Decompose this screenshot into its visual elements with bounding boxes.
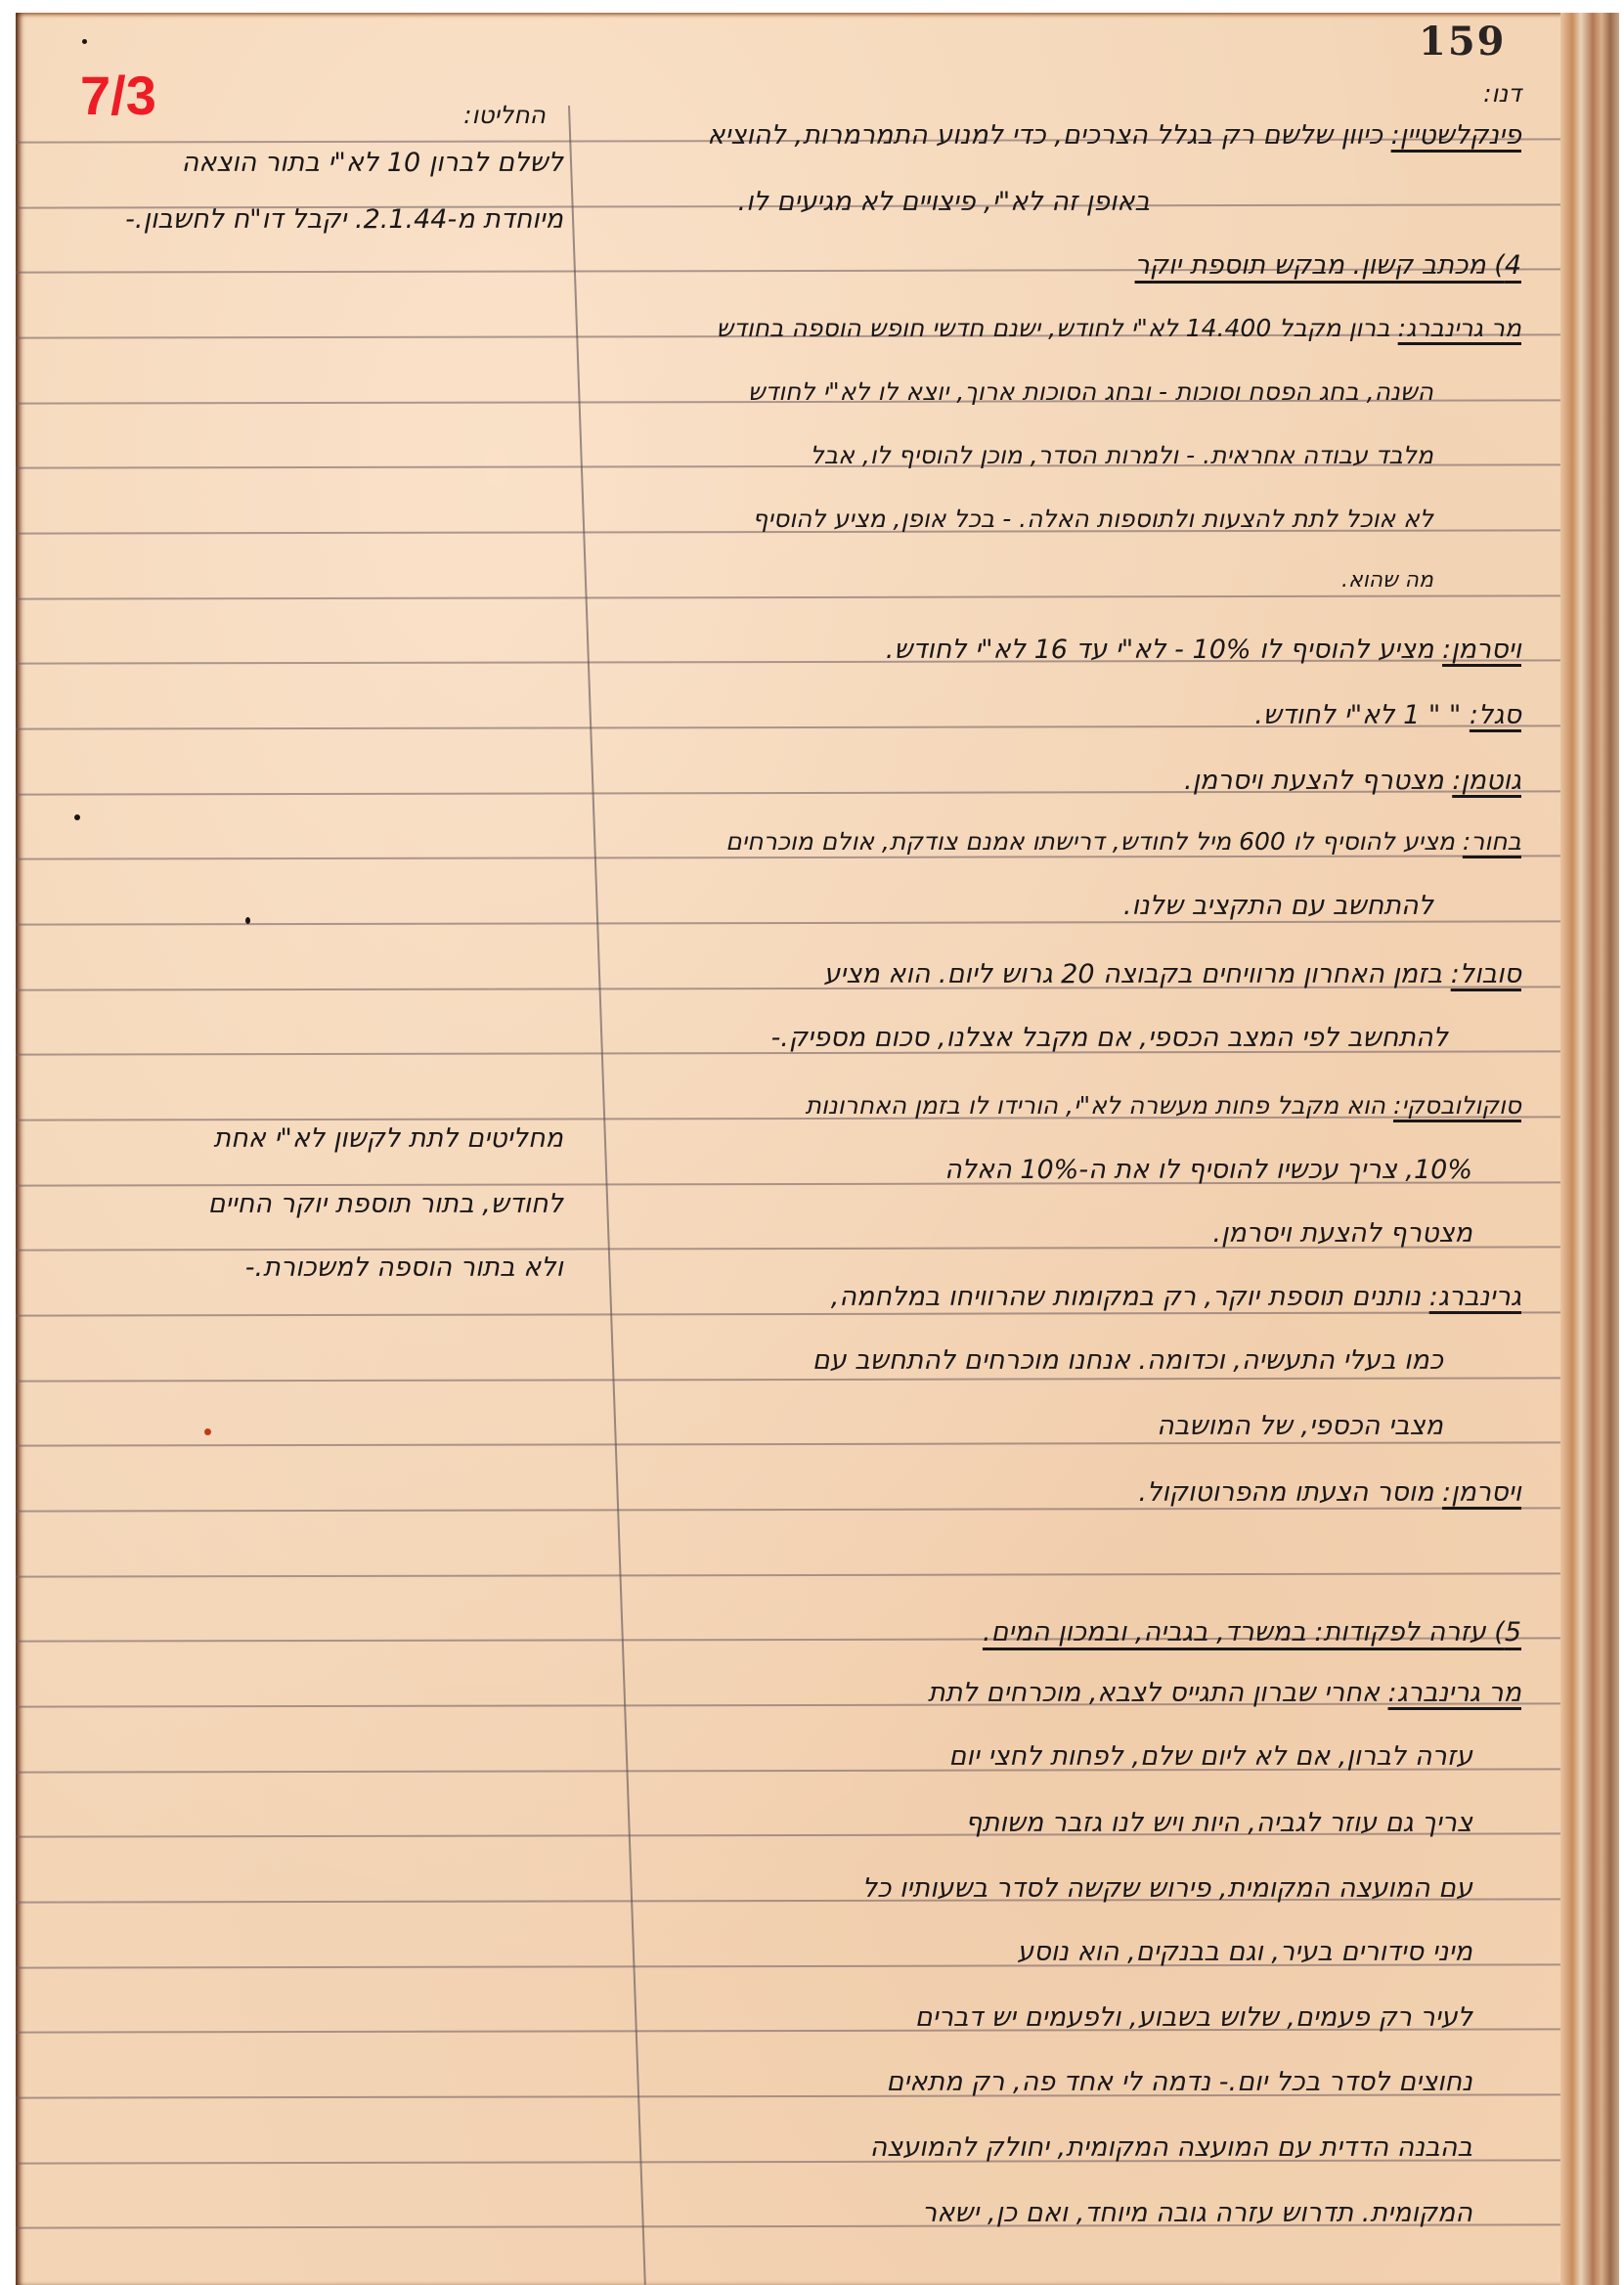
notebook-page: 159 7/3 החליטו: לשלם לברון 10 לא"י בתור … [16,13,1619,2285]
discussion-text: " " 1 לא"י לחודש. [1254,700,1461,730]
discussion-line: להתחשב לפי המצב הכספי, אם מקבל אצלנו, סכ… [771,1025,1448,1051]
discussion-text: ברון מקבל 14.400 לא"י לחודש, ישנם חדשי ח… [717,314,1390,342]
decisions-header: החליטו: [463,103,546,127]
ink-spot [245,917,250,924]
decision-line: ולא בתור הוספה למשכורת.- [245,1254,563,1281]
discussion-line: פינקלשטיין: כיוון שלשם רק בגלל הצרכים, כ… [707,122,1521,149]
discussion-line: גוטמן: מצטרף להצעת ויסרמן. [1184,768,1521,794]
ink-spot [82,39,87,44]
ruled-line [16,1507,1560,1512]
ruled-line [16,855,1560,859]
discussion-line: בחור: מציע להוסיף לו 600 מיל לחודש, דריש… [725,829,1521,854]
agenda-item: 5) עזרה לפקודות: במשרד, בגביה, ובמכון המ… [983,1619,1521,1646]
speaker-name: ויסרמן: [1442,635,1521,665]
speaker-name: ויסרמן: [1442,1477,1521,1508]
discussion-line: גרינברג: נותנים תוספת יוקר, רק במקומות ש… [831,1284,1521,1310]
discussion-line: השנה, בחג הפסח וסוכות - ובחג הסוכות ארוך… [748,379,1433,404]
discussion-line: לעיר רק פעמים, שלוש בשבוע, ולפעמים יש דב… [915,2004,1472,2031]
discussion-line: באופן זה לא"י, פיצויים לא מגיעים לו. [738,189,1150,215]
speaker-name: סגל: [1470,700,1521,730]
discussion-line: נחוצים לסדר בכל יום.- נדמה לי אחד פה, רק… [886,2069,1472,2095]
discussion-line: עם המועצה המקומית, פירוש שקשה לסדר בשעות… [862,1875,1472,1902]
discussion-text: מציע להוסיף לו 10% - לא"י עד 16 לא"י לחו… [886,635,1434,665]
date-stamp: 7/3 [80,64,156,127]
page-number: 159 [1419,19,1507,65]
speaker-name: גרינברג: [1429,1282,1521,1312]
speaker-name: גוטמן: [1452,766,1521,796]
discussion-header: דנו: [1483,81,1521,106]
discussion-text: הוא מקבל פחות מעשרה לא"י, הורידו לו בזמן… [805,1091,1385,1120]
discussion-line: לא אוכל לתת להצעות ולתוספות האלה. - בכל … [752,506,1433,531]
agenda-heading: 4) מכתב קשון. מבקש תוספת יוקר [1135,250,1521,281]
decision-line: מחליטים לתת לקשון לא"י אחת [213,1125,563,1152]
discussion-text: כיוון שלשם רק בגלל הצרכים, כדי למנוע התמ… [707,120,1383,151]
speaker-name: מר גרינברג: [1398,314,1521,342]
discussion-line: סובול: בזמן האחרון מרוויחים בקבוצה 20 גר… [823,961,1521,988]
column-divider [568,106,646,2285]
discussion-line: ויסרמן: מוסר הצעתו מהפרוטוקול. [1138,1479,1521,1506]
discussion-line: מלבד עבודה אחראית. - ולמרות הסדר, מוכן ל… [811,443,1434,467]
discussion-line: כמו בעלי התעשיה, וכדומה. אנחנו מוכרחים ל… [812,1347,1443,1374]
discussion-text: בזמן האחרון מרוויחים בקבוצה 20 גרוש ליום… [823,959,1442,989]
discussion-line: מר גרינברג: אחרי שברון התגייס לצבא, מוכר… [928,1680,1521,1706]
ruled-line [16,594,1560,599]
discussion-line: צריך גם עוזר לגביה, היות ויש לנו גזבר מש… [965,1810,1472,1836]
speaker-name: בחור: [1463,827,1521,856]
ruled-line [16,1311,1560,1316]
speaker-name: סוקולובסקי: [1393,1091,1521,1120]
discussion-line: מצבי הכספי, של המושבה [1157,1413,1443,1439]
speaker-name: מר גרינברג: [1388,1678,1521,1708]
discussion-line: להתחשב עם התקציב שלנו. [1123,893,1433,919]
ink-spot [74,814,80,820]
ruled-line [16,1572,1560,1577]
decision-line: לשלם לברון 10 לא"י בתור הוצאה [182,150,563,176]
ruled-line [16,1377,1560,1382]
book-binding [1560,13,1619,2285]
discussion-line: סגל: " " 1 לא"י לחודש. [1254,702,1521,728]
discussion-line: המקומית. תדרוש עזרה גובה מיוחד, ואם כן, … [922,2200,1472,2226]
discussion-line: מה שהוא. [1341,570,1433,592]
discussion-text: נותנים תוספת יוקר, רק במקומות שהרוויחו ב… [831,1282,1421,1312]
discussion-line: 10%, צריך עכשיו להוסיף לו את ה-10% האלה [944,1157,1472,1183]
discussion-line: עזרה לברון, אם לא ליום שלם, לפחות לחצי י… [948,1743,1472,1770]
agenda-heading: 5) עזרה לפקודות: במשרד, בגביה, ובמכון המ… [983,1617,1521,1648]
discussion-line: מיני סידורים בעיר, וגם בבנקים, הוא נוסע [1017,1939,1472,1965]
ink-spot [204,1428,211,1435]
speaker-name: פינקלשטיין: [1391,120,1521,151]
discussion-line: סוקולובסקי: הוא מקבל פחות מעשרה לא"י, הו… [805,1093,1521,1118]
decision-line: מיוחדת מ-2.1.44. יקבל דו"ח לחשבון.- [125,206,563,233]
ruled-line [16,1441,1560,1446]
discussion-line: מר גרינברג: ברון מקבל 14.400 לא"י לחודש,… [717,316,1521,340]
discussion-line: בהבנה הדדית עם המועצה המקומית, יחולק להמ… [870,2134,1472,2161]
discussion-text: מוסר הצעתו מהפרוטוקול. [1138,1477,1433,1508]
speaker-name: סובול: [1451,959,1521,989]
discussion-text: מציע להוסיף לו 600 מיל לחודש, דרישתו אמנ… [725,827,1455,856]
agenda-item: 4) מכתב קשון. מבקש תוספת יוקר [1135,252,1521,279]
discussion-text: מצטרף להצעת ויסרמן. [1184,766,1444,796]
discussion-line: ויסרמן: מציע להוסיף לו 10% - לא"י עד 16 … [886,637,1521,663]
discussion-line: מצטרף להצעת ויסרמן. [1212,1220,1472,1247]
decision-line: לחודש, בתור תוספת יוקר החיים [208,1191,563,1217]
discussion-text: אחרי שברון התגייס לצבא, מוכרחים לתת [928,1678,1380,1708]
